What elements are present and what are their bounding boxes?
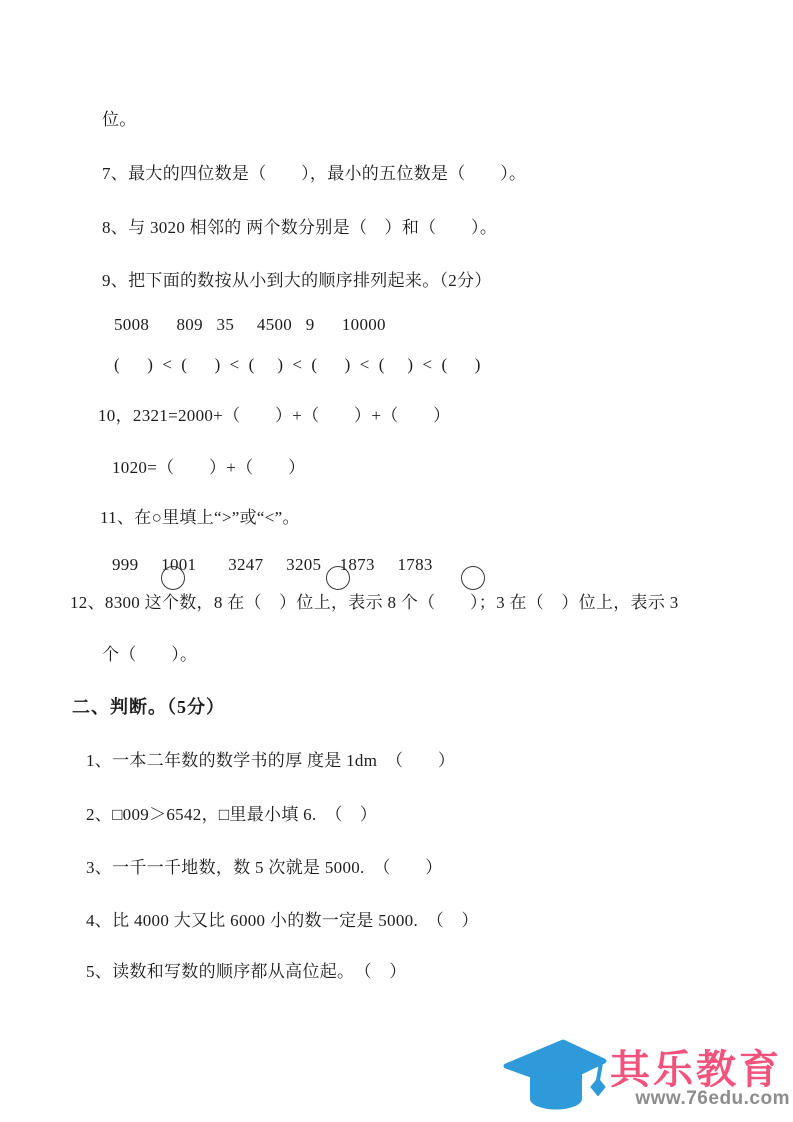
question-9-numbers: 5008 809 35 4500 9 10000 [114,315,386,335]
graduation-cap-icon [503,1036,608,1116]
question-7: 7、最大的四位数是（ ），最小的五位数是（ ）。 [102,164,526,184]
judge-item-4: 4、比 4000 大又比 6000 小的数一定是 5000. （ ） [86,911,479,931]
question-11-numbers: 999 1001 3247 3205 1873 1783 [112,555,433,575]
judge-item-1: 1、一本二年数的数学书的厚 度是 1dm （ ） [86,751,455,771]
question-10: 10，2321=2000+（ ）+（ ）+（ ） [98,406,450,426]
brand-website: www.76edu.com [610,1088,790,1110]
comparison-circle-2 [326,566,350,590]
comparison-circle-3 [461,566,485,590]
question-9: 9、把下面的数按从小到大的顺序排列起来。（2分） [102,271,492,291]
comparison-circle-1 [161,566,185,590]
question-8: 8、与 3020 相邻的 两个数分别是（ ）和（ ）。 [102,218,497,238]
judge-item-5: 5、读数和写数的顺序都从高位起。 （ ） [86,962,407,982]
question-12-continuation: 个（ ）。 [102,645,197,665]
question-6-continuation: 位。 [102,110,137,130]
question-9-answer-blanks: ( ) < ( ) < ( ) < ( ) < ( ) < ( ) [114,355,481,375]
question-10-second-equation: 1020=（ ）+（ ） [112,458,305,478]
worksheet-page: 位。 7、最大的四位数是（ ），最小的五位数是（ ）。 8、与 3020 相邻的… [0,0,793,1122]
judge-item-3: 3、一千一千地数，数 5 次就是 5000. （ ） [86,858,443,878]
brand-name: 其乐教育 [610,1038,790,1095]
section-2-header: 二、判断。（5分） [72,697,225,717]
brand-watermark: 其乐教育 www.76edu.com [498,1032,793,1120]
question-12: 12、8300 这个数，8 在（ ）位上，表示 8 个（ ）；3 在（ ）位上，… [70,593,679,613]
question-11: 11、在○里填上“>”或“<”。 [100,508,300,528]
judge-item-2: 2、□009＞6542，□里最小填 6. （ ） [86,805,377,825]
